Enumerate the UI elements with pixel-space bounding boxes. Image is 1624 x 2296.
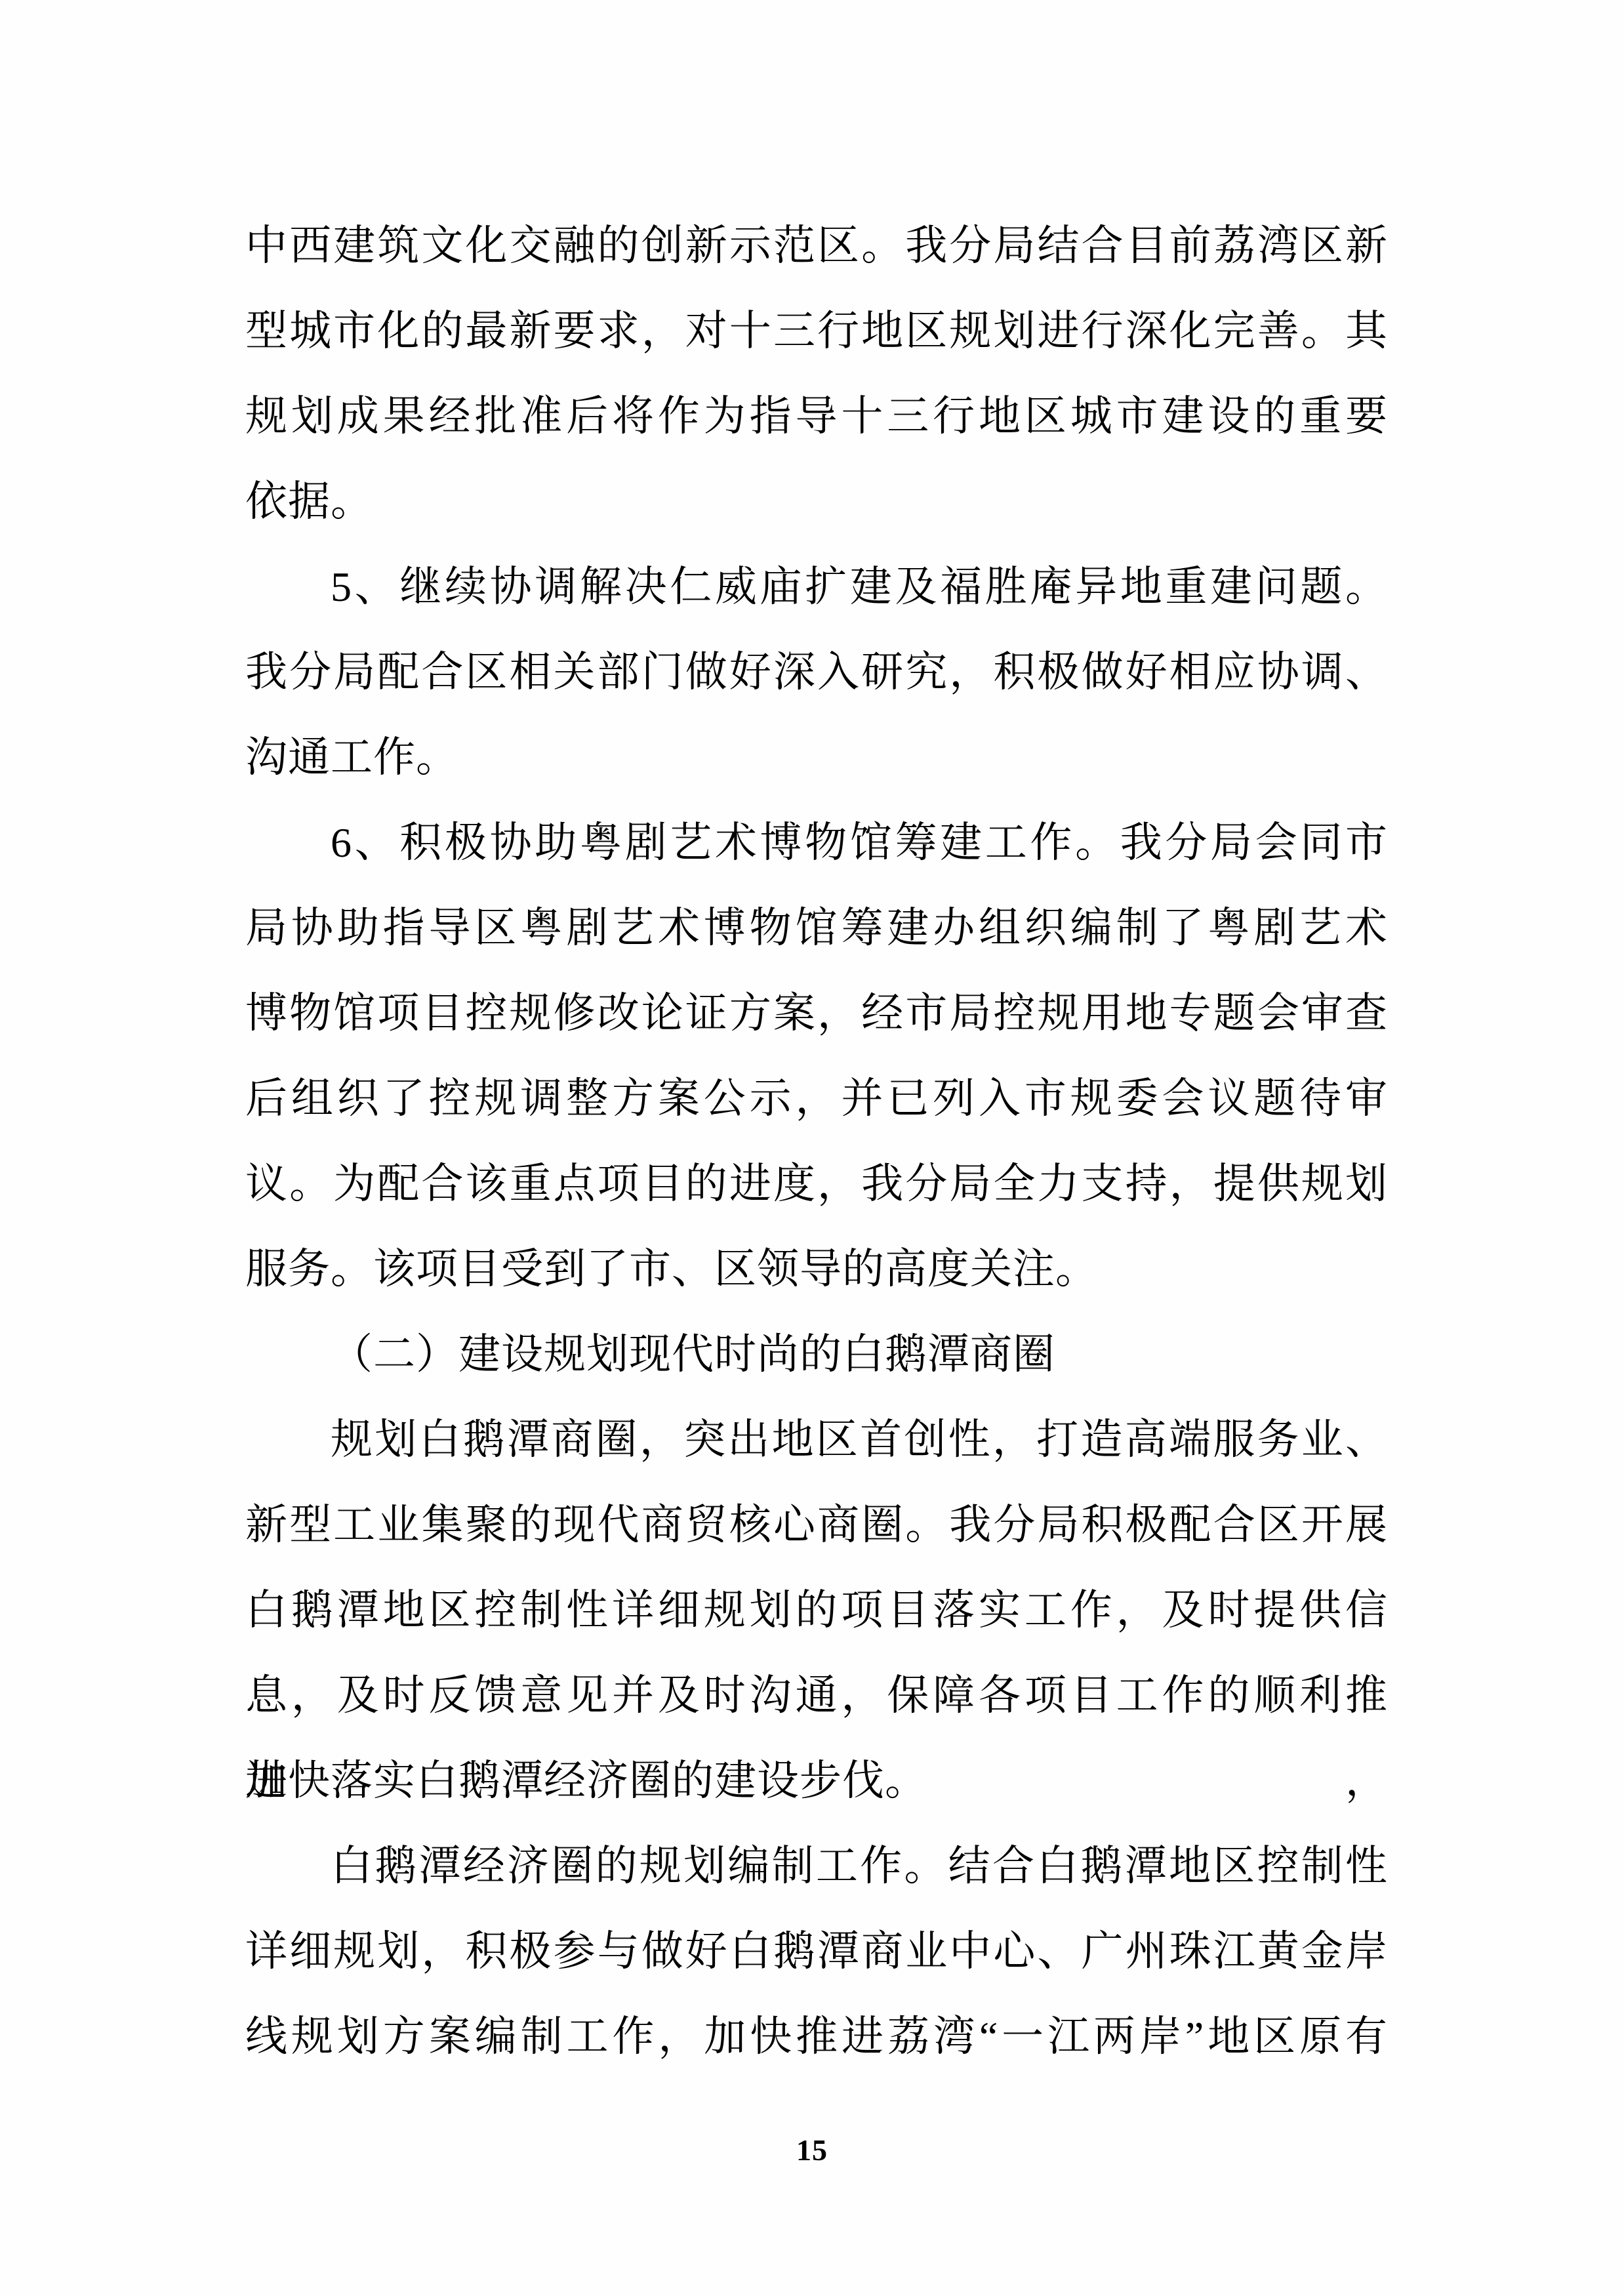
page-number: 15 [796, 2133, 828, 2167]
text-line: 详细规划，积极参与做好白鹅潭商业中心、广州珠江黄金岸 [245, 1909, 1388, 1994]
text-line: 依据。 [245, 459, 1388, 544]
document-page: 中西建筑文化交融的创新示范区。我分局结合目前荔湾区新型城市化的最新要求，对十三行… [0, 0, 1624, 2296]
text-line: 规划成果经批准后将作为指导十三行地区城市建设的重要 [245, 374, 1388, 459]
text-line: 5、继续协调解决仁威庙扩建及福胜庵异地重建问题。 [245, 544, 1388, 630]
text-line: 后组织了控规调整方案公示，并已列入市规委会议题待审 [245, 1056, 1388, 1141]
text-line: 息，及时反馈意见并及时沟通，保障各项目工作的顺利推进， [245, 1653, 1388, 1738]
text-line: （二）建设规划现代时尚的白鹅潭商圈 [245, 1312, 1388, 1397]
text-line: 新型工业集聚的现代商贸核心商圈。我分局积极配合区开展 [245, 1483, 1388, 1568]
document-body: 中西建筑文化交融的创新示范区。我分局结合目前荔湾区新型城市化的最新要求，对十三行… [245, 203, 1388, 2080]
text-line: 沟通工作。 [245, 715, 1388, 800]
text-line: 线规划方案编制工作，加快推进荔湾“一江两岸”地区原有 [245, 1994, 1388, 2080]
text-line: 我分局配合区相关部门做好深入研究，积极做好相应协调、 [245, 630, 1388, 715]
text-line: 服务。该项目受到了市、区领导的高度关注。 [245, 1227, 1388, 1312]
page-footer: 15 [0, 2133, 1624, 2167]
text-line: 规划白鹅潭商圈，突出地区首创性，打造高端服务业、 [245, 1397, 1388, 1483]
text-line: 白鹅潭经济圈的规划编制工作。结合白鹅潭地区控制性 [245, 1824, 1388, 1909]
text-line: 6、积极协助粤剧艺术博物馆筹建工作。我分局会同市 [245, 800, 1388, 886]
text-line: 局协助指导区粤剧艺术博物馆筹建办组织编制了粤剧艺术 [245, 886, 1388, 971]
text-line: 议。为配合该重点项目的进度，我分局全力支持，提供规划 [245, 1141, 1388, 1227]
text-line: 博物馆项目控规修改论证方案，经市局控规用地专题会审查 [245, 971, 1388, 1056]
text-line: 中西建筑文化交融的创新示范区。我分局结合目前荔湾区新 [245, 203, 1388, 289]
text-line: 型城市化的最新要求，对十三行地区规划进行深化完善。其 [245, 289, 1388, 374]
text-line: 白鹅潭地区控制性详细规划的项目落实工作，及时提供信 [245, 1568, 1388, 1653]
